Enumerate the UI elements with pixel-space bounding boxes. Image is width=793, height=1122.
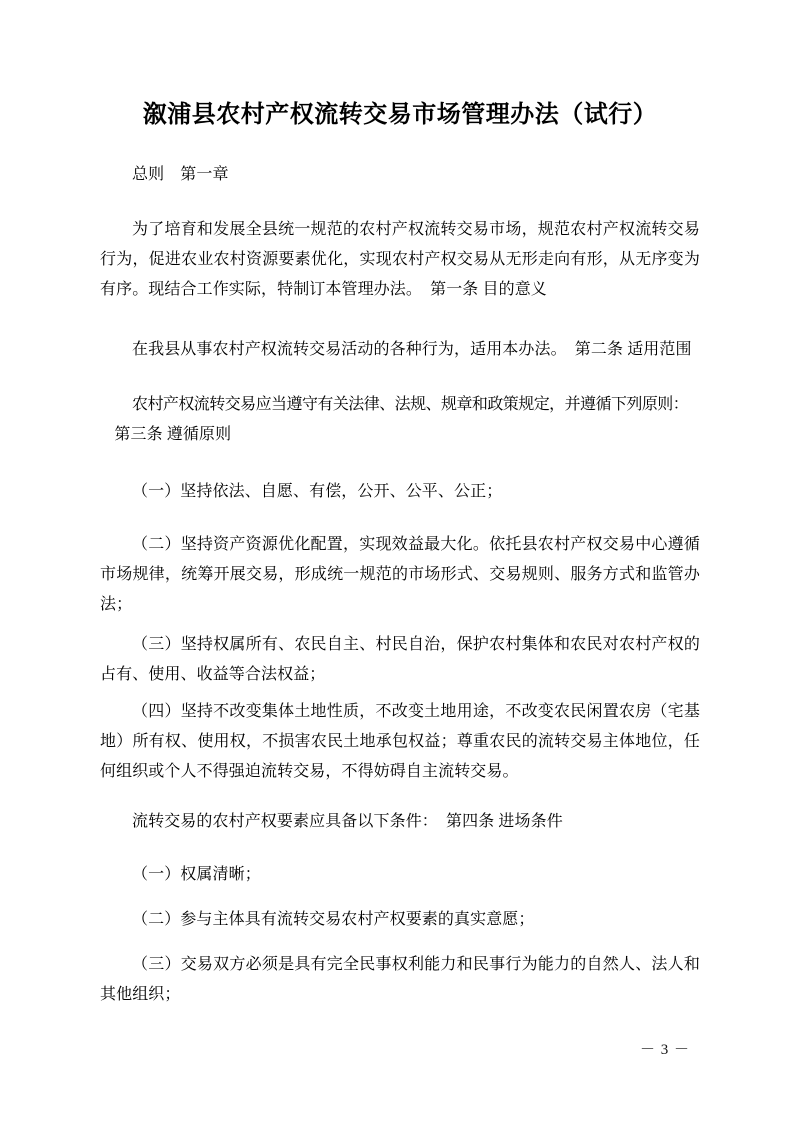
- page-number: － 3 －: [640, 1040, 690, 1060]
- paragraph-chapter-heading: 总则 第一章: [100, 160, 700, 190]
- paragraph-condition-3: （三）交易双方必须是具有完全民事权利能力和民事行为能力的自然人、法人和其他组织；: [100, 950, 700, 1010]
- paragraph-article-1: 为了培育和发展全县统一规范的农村产权流转交易市场，规范农村产权流转交易行为，促进…: [100, 215, 700, 305]
- document-body: 总则 第一章 为了培育和发展全县统一规范的农村产权流转交易市场，规范农村产权流转…: [100, 160, 700, 1010]
- paragraph-principle-3: （三）坚持权属所有、农民自主、村民自治，保护农村集体和农民对农村产权的占有、使用…: [100, 630, 700, 690]
- paragraph-article-3-intro: 农村产权流转交易应当遵守有关法律、法规、规章和政策规定，并遵循下列原则：: [100, 390, 700, 420]
- paragraph-article-3-label: 第三条 遵循原则: [100, 420, 700, 450]
- paragraph-condition-2: （二）参与主体具有流转交易农村产权要素的真实意愿；: [100, 905, 700, 935]
- document-title: 溆浦县农村产权流转交易市场管理办法（试行）: [100, 98, 700, 132]
- paragraph-article-2: 在我县从事农村产权流转交易活动的各种行为，适用本办法。 第二条 适用范围: [100, 335, 700, 365]
- paragraph-principle-2: （二）坚持资产资源优化配置，实现效益最大化。依托县农村产权交易中心遵循市场规律，…: [100, 530, 700, 620]
- paragraph-article-4-intro: 流转交易的农村产权要素应具备以下条件： 第四条 进场条件: [100, 807, 700, 837]
- document-page: 溆浦县农村产权流转交易市场管理办法（试行） 总则 第一章 为了培育和发展全县统一…: [0, 0, 793, 1122]
- paragraph-principle-1: （一）坚持依法、自愿、有偿，公开、公平、公正；: [100, 477, 700, 507]
- paragraph-principle-4: （四）坚持不改变集体土地性质，不改变土地用途，不改变农民闲置农房（宅基地）所有权…: [100, 697, 700, 787]
- paragraph-condition-1: （一）权属清晰；: [100, 860, 700, 890]
